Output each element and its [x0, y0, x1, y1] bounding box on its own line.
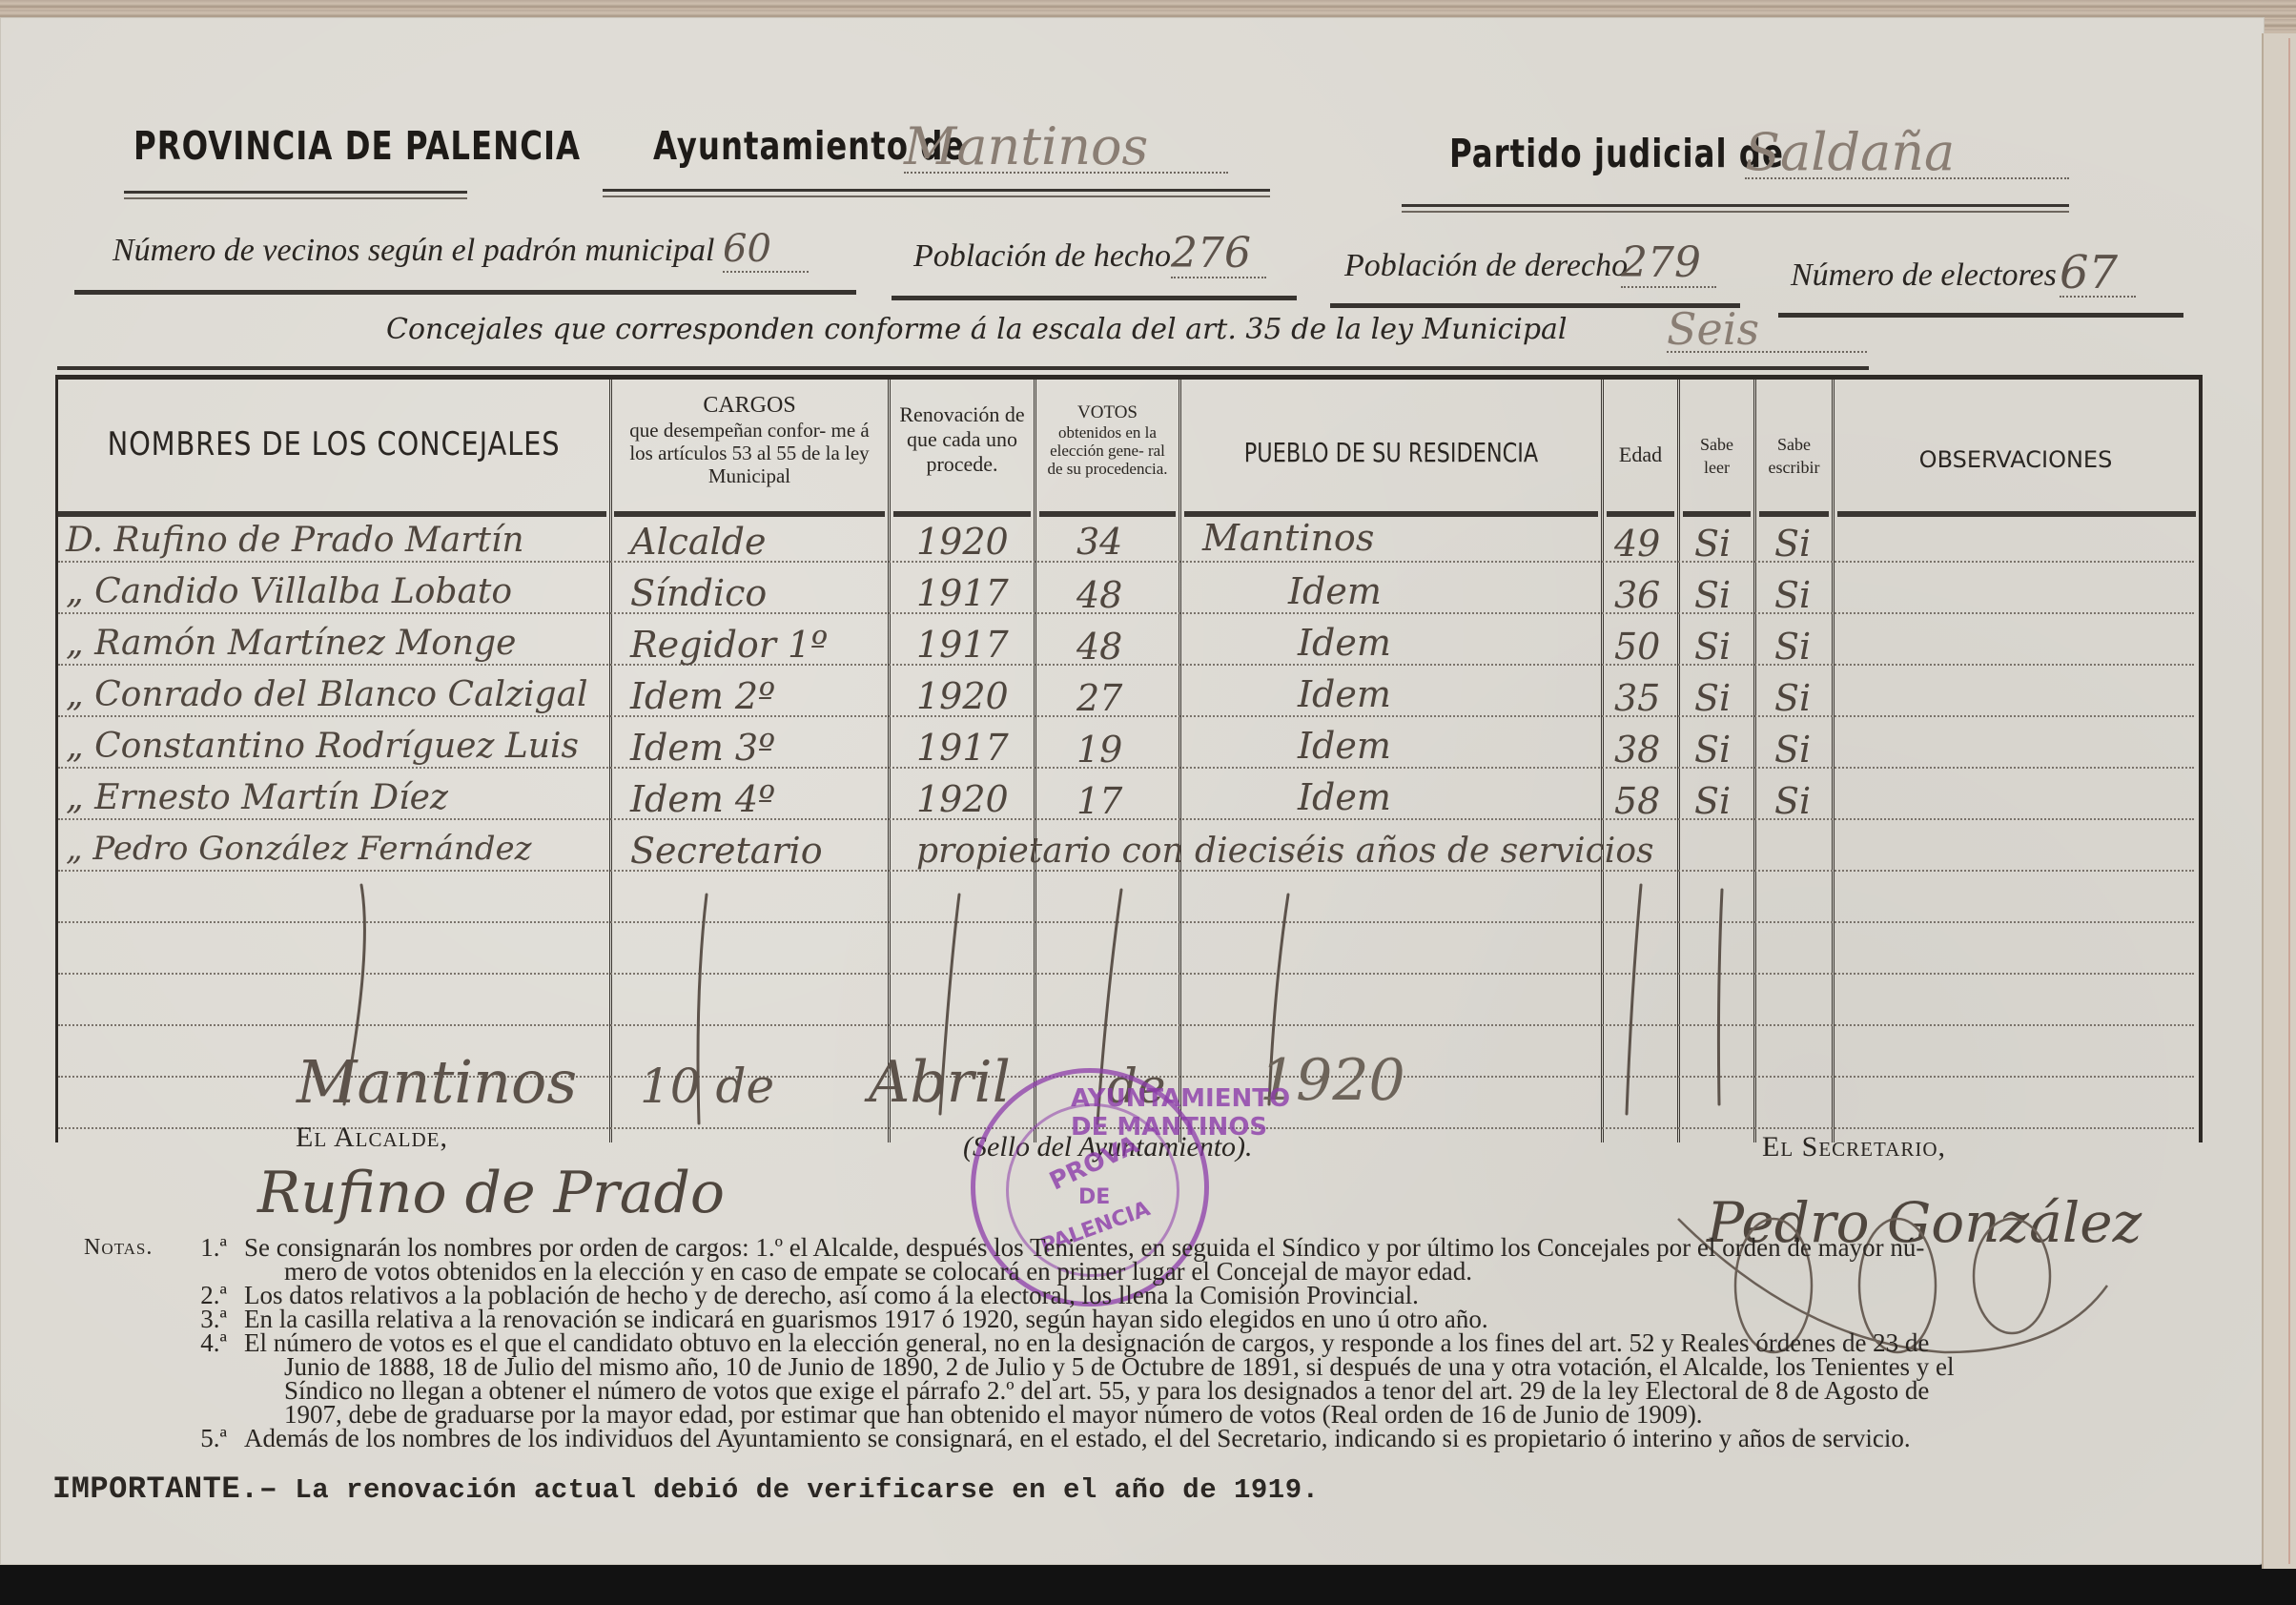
row-rule	[58, 767, 2194, 769]
cell-renovacion: 1920	[916, 521, 1009, 563]
header-rule	[614, 511, 885, 517]
cell-cargo: Idem 4º	[630, 778, 775, 820]
cell-leer: Si	[1694, 626, 1731, 668]
vecinos-label: Número de vecinos según el padrón munici…	[113, 233, 714, 269]
header-cargos: CARGOS que desempeñan confor- me á los a…	[611, 393, 888, 487]
header-sabe-escribir: Sabe escribir	[1756, 433, 1832, 479]
cell-escribir: Si	[1774, 626, 1811, 668]
document-page: PROVINCIA DE PALENCIA Ayuntamiento de Ma…	[0, 17, 2265, 1565]
cell-renovacion: 1917	[916, 572, 1009, 614]
cell-renovacion: 1920	[916, 675, 1009, 717]
cell-nombre: „ Constantino Rodríguez Luis	[66, 727, 579, 766]
important-notice: IMPORTANTE.– La renovación actual debió …	[52, 1471, 1320, 1507]
cell-cargo: Alcalde	[630, 521, 767, 563]
electores-value: 67	[2060, 246, 2136, 298]
cell-escribir: Si	[1774, 729, 1811, 771]
concejales-value: Seis	[1667, 303, 1867, 353]
concejales-table: NOMBRES DE LOS CONCEJALES CARGOS que des…	[55, 375, 2203, 1142]
header-votos-title: VOTOS	[1036, 402, 1179, 423]
header-cargos-title: CARGOS	[611, 393, 888, 419]
cell-votos: 17	[1076, 780, 1122, 822]
page-stack-edge	[2262, 33, 2296, 1569]
cell-escribir: Si	[1774, 523, 1811, 565]
partido-underline	[1402, 204, 2069, 213]
stamp-ring-text: AYUNTAMIENTO DE MANTINOS	[1071, 1084, 1290, 1142]
cell-escribir: Si	[1774, 574, 1811, 616]
cell-nombre: „ Ramón Martínez Monge	[66, 624, 516, 663]
cell-nombre: „ Candido Villalba Lobato	[66, 572, 512, 611]
cell-leer: Si	[1694, 574, 1731, 616]
ayuntamiento-underline	[603, 189, 1270, 197]
provincia-title: PROVINCIA DE PALENCIA	[133, 124, 581, 169]
hecho-rule	[892, 296, 1297, 300]
header-rule	[1039, 511, 1176, 517]
row-rule	[58, 715, 2194, 717]
cell-observacion-secretario: propietario con dieciséis años de servic…	[916, 832, 1653, 871]
secretario-label: El Secretario,	[1762, 1131, 1946, 1163]
header-rule	[1837, 511, 2196, 517]
cell-votos: 48	[1076, 626, 1122, 668]
cell-leer: Si	[1694, 523, 1731, 565]
cell-pueblo: Idem	[1288, 570, 1382, 612]
cell-edad: 58	[1614, 780, 1660, 822]
stamp-center-mid: DE	[1078, 1185, 1110, 1209]
header-cargos-sub: que desempeñan confor- me á los artículo…	[611, 419, 888, 487]
cell-votos: 34	[1076, 521, 1122, 563]
header-votos-sub: obtenidos en la elección gene- ral de su…	[1036, 423, 1179, 478]
partido-value: Saldaña	[1745, 122, 2069, 179]
cell-votos: 48	[1076, 574, 1122, 616]
note-number: Notas. 1.ª	[84, 1236, 244, 1260]
row-rule	[58, 664, 2194, 666]
cell-votos: 19	[1076, 729, 1122, 771]
cell-renovacion: 1917	[916, 624, 1009, 666]
header-renovacion: Renovación de que cada uno procede.	[891, 402, 1034, 477]
row-rule	[58, 561, 2194, 563]
cell-pueblo: Mantinos	[1202, 517, 1374, 559]
header-sabe-leer: Sabe leer	[1680, 433, 1753, 479]
ayuntamiento-value: Mantinos	[904, 116, 1228, 174]
note-number-text: 1.ª	[200, 1236, 227, 1260]
important-text: La renovación actual debió de verificars…	[295, 1474, 1319, 1506]
page-edge-line	[2288, 38, 2290, 1564]
electores-label: Número de electores	[1791, 257, 2057, 294]
hecho-value: 276	[1171, 229, 1266, 278]
row-rule	[58, 612, 2194, 614]
cell-edad: 49	[1614, 523, 1660, 565]
provincia-underline	[124, 191, 467, 199]
header-rule	[893, 511, 1031, 517]
note-text: Además de los nombres de los individuos …	[244, 1427, 2182, 1451]
note-5: 5.ªAdemás de los nombres de los individu…	[84, 1427, 2182, 1451]
date-day: 10 de	[640, 1059, 774, 1114]
cell-leer: Si	[1694, 729, 1731, 771]
note-number: 5.ª	[84, 1427, 244, 1451]
derecho-value: 279	[1621, 238, 1716, 288]
concejales-rule	[57, 366, 1869, 370]
cell-cargo: Regidor 1º	[630, 624, 828, 666]
cell-renovacion: 1917	[916, 727, 1009, 769]
header-rule	[1759, 511, 1829, 517]
important-label: IMPORTANTE.–	[52, 1471, 277, 1507]
cell-cargo: Idem 2º	[630, 675, 775, 717]
header-rule	[1607, 511, 1674, 517]
cell-nombre: „ Pedro González Fernández	[66, 830, 532, 868]
header-edad: Edad	[1604, 442, 1677, 467]
date-place: Mantinos	[297, 1047, 577, 1117]
header-nombres: NOMBRES DE LOS CONCEJALES	[99, 425, 567, 463]
cell-edad: 35	[1614, 677, 1660, 719]
concejales-label: Concejales que corresponden conforme á l…	[386, 313, 1568, 346]
vecinos-rule	[74, 290, 856, 295]
cell-cargo: Idem 3º	[630, 727, 775, 769]
cell-pueblo: Idem	[1298, 725, 1391, 767]
header-rule	[1683, 511, 1751, 517]
cell-edad: 50	[1614, 626, 1660, 668]
alcalde-label: El Alcalde,	[296, 1121, 448, 1154]
date-month: Abril	[869, 1049, 1011, 1116]
header-votos: VOTOS obtenidos en la elección gene- ral…	[1036, 402, 1179, 478]
derecho-label: Población de derecho	[1344, 248, 1628, 284]
cell-edad: 36	[1614, 574, 1660, 616]
note-number: 4.ª	[84, 1331, 244, 1355]
partido-label: Partido judicial de	[1449, 132, 1784, 176]
cell-pueblo: Idem	[1298, 673, 1391, 715]
cell-escribir: Si	[1774, 780, 1811, 822]
cell-renovacion: 1920	[916, 778, 1009, 820]
cell-cargo: Síndico	[630, 572, 767, 614]
vecinos-value: 60	[723, 227, 809, 273]
header-pueblo: PUEBLO DE SU RESIDENCIA	[1223, 437, 1559, 468]
cell-nombre: D. Rufino de Prado Martín	[66, 521, 524, 560]
alcalde-signature: Rufino de Prado	[257, 1160, 725, 1226]
cell-leer: Si	[1694, 677, 1731, 719]
header-observaciones: OBSERVACIONES	[1835, 446, 2197, 473]
cell-pueblo: Idem	[1298, 776, 1391, 818]
cell-edad: 38	[1614, 729, 1660, 771]
row-rule	[58, 818, 2194, 820]
header-rule	[58, 511, 606, 517]
cell-leer: Si	[1694, 780, 1731, 822]
cell-nombre: „ Ernesto Martín Díez	[66, 778, 448, 817]
cell-escribir: Si	[1774, 677, 1811, 719]
hecho-label: Población de hecho	[913, 238, 1171, 275]
cell-votos: 27	[1076, 677, 1122, 719]
cell-nombre: „ Conrado del Blanco Calzigal	[66, 675, 588, 714]
cell-cargo: Secretario	[630, 830, 823, 872]
cell-pueblo: Idem	[1298, 622, 1391, 664]
notes-label: Notas.	[84, 1236, 153, 1260]
notes-section: Notas. 1.ª Se consignarán los nombres po…	[84, 1236, 2182, 1451]
